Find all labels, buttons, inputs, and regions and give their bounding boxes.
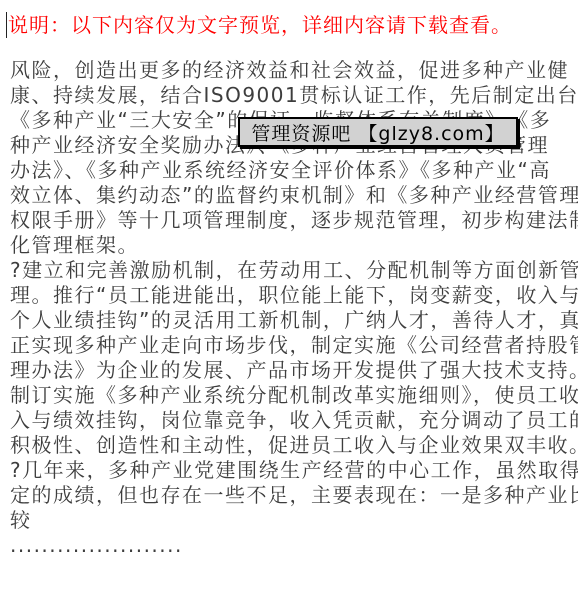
text-line: 效立体、集约动态”的监督约束机制》和《多种产业经营管理 [10, 183, 576, 208]
text-line: 个人业绩挂钩”的灵活用工新机制，广纳人才，善待人才，真 [10, 308, 576, 333]
text-line: 康、持续发展，结合ISO9001贯标认证工作，先后制定出台了 [10, 83, 576, 108]
text-line: ...................... [10, 533, 576, 558]
text-line: 权限手册》等十几项管理制度，逐步规范管理，初步构建法制 [10, 208, 576, 233]
preview-notice: 说明：以下内容仅为文字预览，详细内容请下载查看。 [8, 11, 512, 39]
watermark-badge: 管理资源吧 【glzy8.com】 [238, 117, 518, 147]
text-line: 积极性、创造性和主动性，促进员工收入与企业效果双丰收。 [10, 433, 576, 458]
text-line: 制订实施《多种产业系统分配机制改革实施细则》，使员工收 [10, 383, 576, 408]
text-line: ?几年来，多种产业党建围绕生产经营的中心工作，虽然取得一 [10, 458, 576, 483]
text-line: 理办法》为企业的发展、产品市场开发提供了强大技术支持。 [10, 358, 576, 383]
text-line: 正实现多种产业走向市场步伐，制定实施《公司经营者持股管 [10, 333, 576, 358]
watermark-text: 管理资源吧 【glzy8.com】 [251, 119, 504, 146]
text-line: ?建立和完善激励机制，在劳动用工、分配机制等方面创新管 [10, 258, 576, 283]
text-line: 定的成绩，但也存在一些不足，主要表现在：一是多种产业比 [10, 483, 576, 508]
document-preview-page: 说明：以下内容仅为文字预览，详细内容请下载查看。 风险，创造出更多的经济效益和社… [0, 0, 578, 600]
text-cursor [6, 12, 7, 38]
text-line: 风险，创造出更多的经济效益和社会效益，促进多种产业健 [10, 58, 576, 83]
text-line: 较 [10, 508, 576, 533]
text-line: 理。推行“员工能进能出，职位能上能下，岗变薪变，收入与 [10, 283, 576, 308]
text-line: 入与绩效挂钩，岗位靠竞争，收入凭贡献，充分调动了员工的 [10, 408, 576, 433]
text-line: 化管理框架。 [10, 233, 576, 258]
text-line: 办法》、《多种产业系统经济安全评价体系》《多种产业“高 [10, 158, 576, 183]
